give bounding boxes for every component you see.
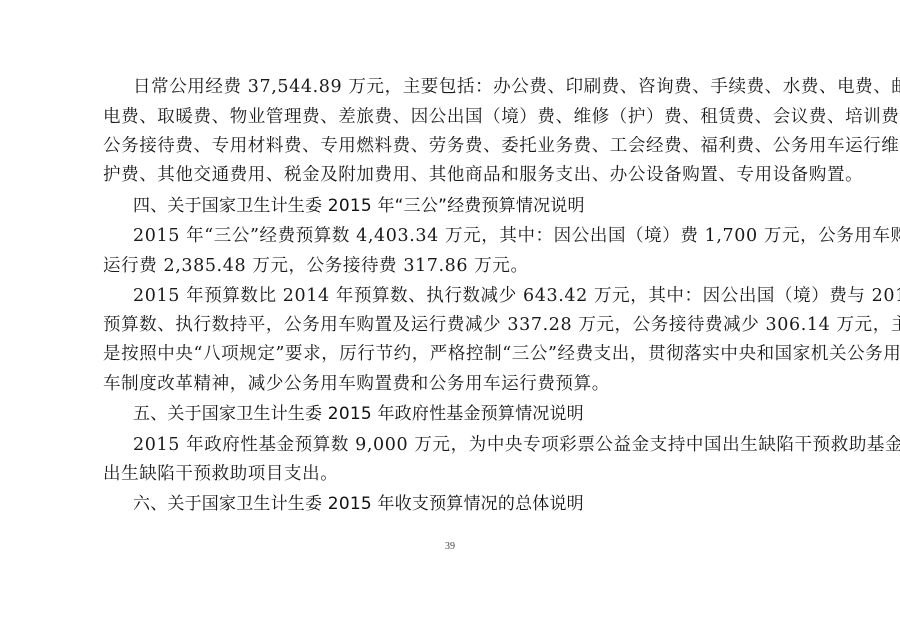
text-line: 运行费 2,385.48 万元，公务接待费 317.86 万元。 <box>103 255 529 277</box>
text-line: 2015 年预算数比 2014 年预算数、执行数减少 643.42 万元，其中：… <box>133 285 900 307</box>
section-heading-five: 五、关于国家卫生计生委 2015 年政府性基金预算情况说明 <box>133 403 584 425</box>
text-line: 预算数、执行数持平，公务用车购置及运行费减少 337.28 万元，公务接待费减少… <box>103 314 900 336</box>
text-line: 是按照中央“八项规定”要求，厉行节约，严格控制“三公”经费支出，贯彻落实中央和国… <box>103 343 900 365</box>
section-heading-six: 六、关于国家卫生计生委 2015 年收支预算情况的总体说明 <box>133 493 584 515</box>
page-number: 39 <box>440 541 460 552</box>
text-line: 电费、取暖费、物业管理费、差旅费、因公出国（境）费、维修（护）费、租赁费、会议费… <box>103 106 900 128</box>
text-line: 车制度改革精神，减少公务用车购置费和公务用车运行费预算。 <box>103 373 610 395</box>
text-line: 出生缺陷干预救助项目支出。 <box>103 463 338 485</box>
text-line: 2015 年“三公”经费预算数 4,403.34 万元，其中：因公出国（境）费 … <box>133 225 900 247</box>
document-page: 日常公用经费 37,544.89 万元，主要包括：办公费、印刷费、咨询费、手续费… <box>0 0 900 636</box>
text-line: 2015 年政府性基金预算数 9,000 万元，为中央专项彩票公益金支持中国出生… <box>133 434 900 456</box>
text-line: 护费、其他交通费用、税金及附加费用、其他商品和服务支出、办公设备购置、专用设备购… <box>103 164 863 186</box>
text-line: 公务接待费、专用材料费、专用燃料费、劳务费、委托业务费、工会经费、福利费、公务用… <box>103 135 899 157</box>
section-heading-four: 四、关于国家卫生计生委 2015 年“三公”经费预算情况说明 <box>133 195 585 217</box>
text-line: 日常公用经费 37,544.89 万元，主要包括：办公费、印刷费、咨询费、手续费… <box>133 76 900 98</box>
